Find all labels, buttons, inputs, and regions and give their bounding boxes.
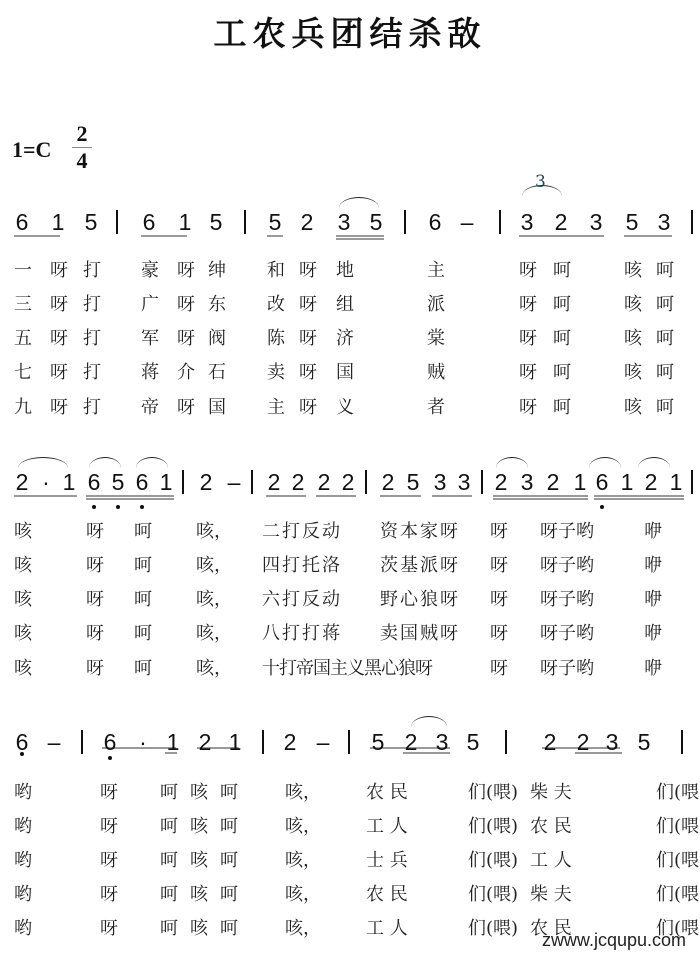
note: 2 <box>493 470 509 494</box>
lyric-text: 东 <box>208 290 226 316</box>
lyric-text: 咳 <box>624 256 642 282</box>
barline <box>681 730 683 754</box>
lyric-text: 们(喂) <box>468 914 518 940</box>
lyric-text: 呀 <box>86 551 104 577</box>
lyric-text: 咳， <box>285 914 321 940</box>
lyric-text: 八打打蒋 <box>262 619 342 645</box>
lyric-text: 呀子哟 <box>540 654 594 680</box>
lyric-text: 卖 <box>267 358 285 384</box>
barline <box>499 210 501 234</box>
note: 1 <box>61 470 77 494</box>
lyric-text: 呀 <box>86 517 104 543</box>
barline <box>691 210 693 234</box>
time-signature-bottom: 4 <box>72 149 92 173</box>
lyric-text: 五 <box>14 324 32 350</box>
lyric-text: 呀 <box>519 256 537 282</box>
lyric-text: 呵咳呵 <box>160 880 250 906</box>
slur <box>89 457 121 468</box>
lyric-text: 呵 <box>553 393 571 419</box>
note: – <box>46 730 62 754</box>
note: 3 <box>432 470 448 494</box>
lyric-text: 阀 <box>208 324 226 350</box>
note: 1 <box>619 470 635 494</box>
lyric-text: 呀 <box>490 585 508 611</box>
lyric-text: 派 <box>427 290 445 316</box>
lyric-text: 工 人 <box>366 812 408 838</box>
note: 3 <box>656 210 672 234</box>
lyric-text: 呀 <box>490 551 508 577</box>
lyric-text: 呵 <box>134 551 152 577</box>
lyric-text: 咳 <box>624 324 642 350</box>
note: – <box>315 730 331 754</box>
note: 3 <box>336 210 352 234</box>
note: 1 <box>572 470 588 494</box>
lyric-text: 贼 <box>427 358 445 384</box>
underline <box>432 495 472 497</box>
lyric-text: 呀 <box>519 393 537 419</box>
note: 5 <box>208 210 224 234</box>
lyric-text: 呵 <box>553 256 571 282</box>
note: 2 <box>340 470 356 494</box>
lyric-text: 九 <box>14 393 32 419</box>
lyric-text: 茨基派呀 <box>380 551 460 577</box>
lyric-text: 咿 <box>644 654 662 680</box>
lyric-text: 呀 <box>519 358 537 384</box>
note: 5 <box>110 470 126 494</box>
note: 5 <box>465 730 481 754</box>
lyric-text: 呵 <box>656 358 674 384</box>
note: 2 <box>198 470 214 494</box>
note: 1 <box>165 730 181 754</box>
lyric-text: 广 <box>141 290 159 316</box>
underline <box>594 498 684 500</box>
note: 2 <box>542 730 558 754</box>
note: 2 <box>299 210 315 234</box>
underline <box>266 495 306 497</box>
lyric-text: 和 <box>267 256 285 282</box>
lyric-text: 呀 <box>86 654 104 680</box>
barline <box>116 210 118 234</box>
lyric-text: 呀 <box>100 914 118 940</box>
lyric-text: 们(喂) <box>468 880 518 906</box>
lyric-text: 咳 <box>624 358 642 384</box>
lyric-text: 柴 夫 <box>530 880 572 906</box>
lyric-text: 呀子哟 <box>540 517 594 543</box>
note: 5 <box>368 210 384 234</box>
barline <box>404 210 406 234</box>
lyric-text: 呀 <box>50 256 68 282</box>
lyric-text: 哟 <box>14 846 32 872</box>
lyric-text: 们(喂) <box>656 778 700 804</box>
note: 2 <box>575 730 591 754</box>
note: 2 <box>282 730 298 754</box>
lyric-text: 呵咳呵 <box>160 812 250 838</box>
lyric-text: 呵 <box>134 517 152 543</box>
lyric-text: 呀 <box>50 324 68 350</box>
lyric-text: 呀 <box>490 517 508 543</box>
lyric-text: 呀 <box>100 880 118 906</box>
note: 3 <box>519 210 535 234</box>
underline <box>336 238 384 240</box>
lyric-text: 呀 <box>519 290 537 316</box>
lyric-text: 义 <box>336 393 354 419</box>
lyric-text: 咳 <box>14 619 32 645</box>
note: 1 <box>668 470 684 494</box>
lyric-text: 资本家呀 <box>380 517 460 543</box>
note: 5 <box>405 470 421 494</box>
lyric-text: 哟 <box>14 778 32 804</box>
lyric-text: 呀 <box>86 585 104 611</box>
key-signature: 1=C <box>12 137 51 163</box>
lyric-text: 一 <box>14 256 32 282</box>
lyric-text: 呀 <box>299 358 317 384</box>
lyric-text: 们(喂) <box>656 812 700 838</box>
underline <box>624 235 672 237</box>
lyric-text: 卖国贼呀 <box>380 619 460 645</box>
note: 1 <box>158 470 174 494</box>
lyric-text: 工 人 <box>366 914 408 940</box>
note: 3 <box>434 730 450 754</box>
lyric-text: 野心狼呀 <box>380 585 460 611</box>
underline <box>493 495 588 497</box>
note: 6 <box>14 730 30 754</box>
underline <box>519 235 604 237</box>
note: 1 <box>50 210 66 234</box>
lyric-text: 呀 <box>177 324 195 350</box>
note: 2 <box>545 470 561 494</box>
lyric-text: 军 <box>141 324 159 350</box>
lyric-text: 咳， <box>285 778 321 804</box>
lyric-text: 咳 <box>624 393 642 419</box>
note: 5 <box>636 730 652 754</box>
note: 3 <box>588 210 604 234</box>
lyric-text: 们(喂) <box>468 812 518 838</box>
lyric-text: 哟 <box>14 914 32 940</box>
tie-slur <box>339 197 379 208</box>
lyric-text: 呵 <box>134 654 152 680</box>
lyric-text: 呵 <box>656 393 674 419</box>
note: 6 <box>141 210 157 234</box>
note: 3 <box>456 470 472 494</box>
note: 2 <box>197 730 213 754</box>
lyric-text: 呀子哟 <box>540 585 594 611</box>
lyric-text: 豪 <box>141 256 159 282</box>
lyric-text: 组 <box>336 290 354 316</box>
lyric-text: 咳， <box>196 585 232 611</box>
lyric-text: 打 <box>83 324 101 350</box>
lyric-text: 陈 <box>267 324 285 350</box>
note: 6 <box>86 470 102 494</box>
note: 6 <box>427 210 443 234</box>
underline <box>267 235 283 237</box>
lyric-text: 七 <box>14 358 32 384</box>
note: 6 <box>14 210 30 234</box>
lyric-text: 咳， <box>196 654 232 680</box>
lyric-text: 哟 <box>14 880 32 906</box>
lyric-text: 咿 <box>644 517 662 543</box>
lyric-text: 们(喂) <box>468 778 518 804</box>
lyric-text: 呀 <box>100 778 118 804</box>
note: 2 <box>266 470 282 494</box>
lyric-text: 呵咳呵 <box>160 846 250 872</box>
barline <box>251 470 253 494</box>
barline <box>691 470 693 494</box>
lyric-text: 咿 <box>644 619 662 645</box>
note: 2 <box>380 470 396 494</box>
note: – <box>459 210 475 234</box>
barline <box>244 210 246 234</box>
lyric-text: 咳， <box>285 846 321 872</box>
lyric-text: 国 <box>208 393 226 419</box>
note: 3 <box>604 730 620 754</box>
lyric-text: 国 <box>336 358 354 384</box>
lyric-text: 呀 <box>100 812 118 838</box>
lyric-text: 呀 <box>490 619 508 645</box>
lyric-text: 三 <box>14 290 32 316</box>
lyric-text: 呀 <box>177 290 195 316</box>
barline <box>348 730 350 754</box>
lyric-text: 呵 <box>134 619 152 645</box>
lyric-text: 六打反动 <box>262 585 342 611</box>
lyric-text: 们(喂) <box>656 880 700 906</box>
lyric-text: 呀 <box>299 393 317 419</box>
note: 2 <box>553 210 569 234</box>
time-signature: 2 4 <box>72 122 92 173</box>
lyric-text: 咿 <box>644 585 662 611</box>
time-signature-top: 2 <box>72 122 92 146</box>
barline <box>365 470 367 494</box>
underline <box>14 235 60 237</box>
underline <box>316 495 356 497</box>
lyric-text: 打 <box>83 256 101 282</box>
slur <box>589 457 621 468</box>
lyric-text: 呵 <box>553 290 571 316</box>
lyric-text: 呀 <box>490 654 508 680</box>
lyric-text: 绅 <box>208 256 226 282</box>
barline <box>505 730 507 754</box>
lyric-text: 士 兵 <box>366 846 408 872</box>
slur <box>136 457 168 468</box>
lyric-text: 呵 <box>553 358 571 384</box>
lyric-text: 咳， <box>196 551 232 577</box>
lyric-text: 呀 <box>100 846 118 872</box>
barline <box>481 470 483 494</box>
lower-octave-dot <box>140 505 144 509</box>
note: 6 <box>102 730 118 754</box>
lyric-text: 们(喂) <box>656 846 700 872</box>
barline <box>262 730 264 754</box>
lyric-text: 呵咳呵 <box>160 914 250 940</box>
lower-octave-dot <box>116 505 120 509</box>
lyric-text: 呀 <box>50 290 68 316</box>
lyric-text: 四打托洛 <box>262 551 342 577</box>
underline <box>141 235 187 237</box>
lyric-text: 呵 <box>134 585 152 611</box>
slur <box>496 457 528 468</box>
underline <box>594 495 684 497</box>
lyric-text: 咳， <box>285 812 321 838</box>
lyric-text: 呀 <box>299 324 317 350</box>
lyric-text: 农 民 <box>366 880 408 906</box>
triplet-mark: 3 <box>535 172 546 192</box>
note: 6 <box>594 470 610 494</box>
note: 3 <box>519 470 535 494</box>
lyric-text: 介 <box>177 358 195 384</box>
lyric-text: 咳 <box>14 551 32 577</box>
lyric-text: 打 <box>83 358 101 384</box>
lyric-text: 哟 <box>14 812 32 838</box>
lyric-text: 地 <box>336 256 354 282</box>
lyric-text: 主 <box>427 256 445 282</box>
lyric-text: 咳 <box>14 517 32 543</box>
lyric-text: 农 民 <box>530 914 572 940</box>
lyric-text: 呵 <box>553 324 571 350</box>
lyric-text: 十打帝国主义黑心狼呀 <box>262 654 432 680</box>
lower-octave-dot <box>600 505 604 509</box>
underline <box>380 495 421 497</box>
lyric-text: 咳 <box>14 585 32 611</box>
lyric-text: 工 人 <box>530 846 572 872</box>
lyric-text: 咳 <box>14 654 32 680</box>
underline <box>14 495 77 497</box>
lyric-text: 帝 <box>141 393 159 419</box>
song-title: 工农兵团结杀敌 <box>0 8 700 55</box>
lyric-text: 咿 <box>644 551 662 577</box>
lyric-text: 石 <box>208 358 226 384</box>
lyric-text: 们(喂) <box>656 914 700 940</box>
lyric-text: 呵 <box>656 256 674 282</box>
note: · <box>38 470 54 494</box>
lyric-text: 棠 <box>427 324 445 350</box>
lyric-text: 改 <box>267 290 285 316</box>
slur <box>18 457 68 468</box>
lyric-text: 呀 <box>519 324 537 350</box>
lyric-text: 呀 <box>50 358 68 384</box>
lyric-text: 呀子哟 <box>540 619 594 645</box>
underline <box>493 498 588 500</box>
lyric-text: 济 <box>336 324 354 350</box>
lyric-text: 呵咳呵 <box>160 778 250 804</box>
lyric-text: 呀 <box>299 256 317 282</box>
lyric-text: 们(喂) <box>468 846 518 872</box>
note: 5 <box>83 210 99 234</box>
lyric-text: 打 <box>83 290 101 316</box>
note: 6 <box>134 470 150 494</box>
note: – <box>226 470 242 494</box>
lyric-text: 咳 <box>624 290 642 316</box>
slur <box>638 457 670 468</box>
lyric-text: 蒋 <box>141 358 159 384</box>
note: 5 <box>267 210 283 234</box>
lyric-text: 呵 <box>656 324 674 350</box>
lyric-text: 咳， <box>196 619 232 645</box>
lyric-text: 打 <box>83 393 101 419</box>
underline <box>86 495 174 497</box>
lower-octave-dot <box>92 505 96 509</box>
note: 2 <box>290 470 306 494</box>
underline <box>336 235 384 237</box>
note: 2 <box>316 470 332 494</box>
lyric-text: 咳， <box>285 880 321 906</box>
lyric-text: 呀 <box>177 393 195 419</box>
note: 5 <box>370 730 386 754</box>
note: 1 <box>227 730 243 754</box>
note: · <box>135 730 151 754</box>
note: 5 <box>624 210 640 234</box>
lyric-text: 呀 <box>86 619 104 645</box>
lyric-text: 农 民 <box>366 778 408 804</box>
lyric-text: 呵 <box>656 290 674 316</box>
lyric-text: 呀 <box>177 256 195 282</box>
lyric-text: 呀子哟 <box>540 551 594 577</box>
lyric-text: 柴 夫 <box>530 778 572 804</box>
tie-slur <box>411 716 447 727</box>
barline <box>81 730 83 754</box>
note: 1 <box>177 210 193 234</box>
note: 2 <box>643 470 659 494</box>
note: 2 <box>14 470 30 494</box>
lyric-text: 二打反动 <box>262 517 342 543</box>
lyric-text: 主 <box>267 393 285 419</box>
barline <box>182 470 184 494</box>
lyric-text: 者 <box>427 393 445 419</box>
lyric-text: 农 民 <box>530 812 572 838</box>
note: 2 <box>403 730 419 754</box>
lyric-text: 咳， <box>196 517 232 543</box>
lyric-text: 呀 <box>50 393 68 419</box>
underline <box>86 498 174 500</box>
lyric-text: 呀 <box>299 290 317 316</box>
lower-octave-dot <box>108 756 112 760</box>
